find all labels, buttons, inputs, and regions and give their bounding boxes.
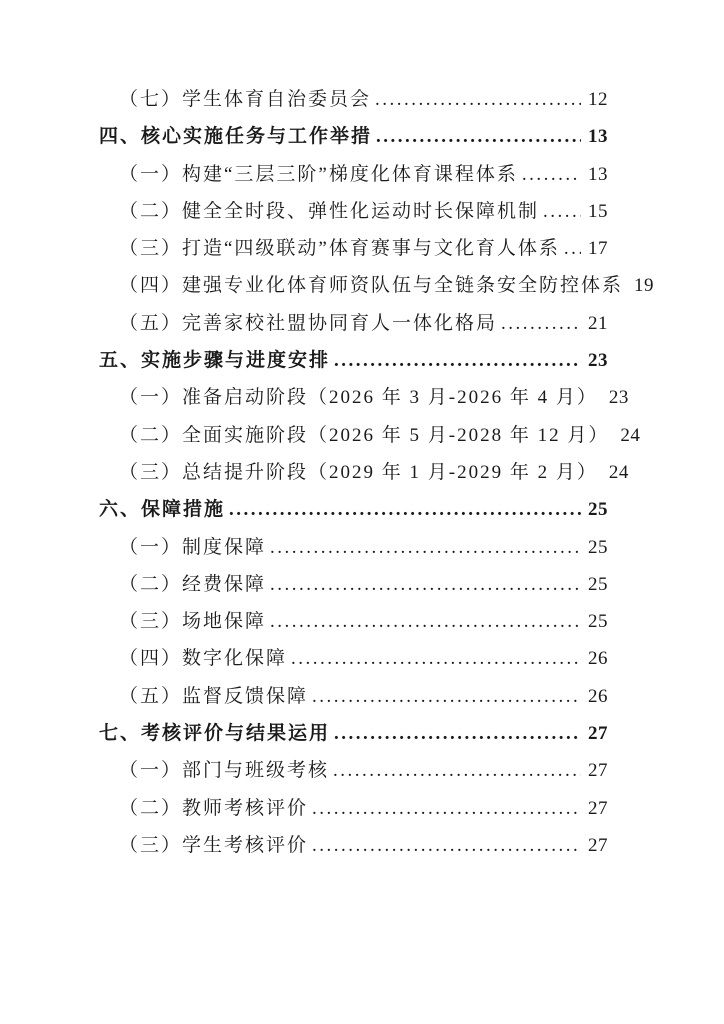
toc-entry-title: 五、实施步骤与进度安排 (99, 342, 330, 379)
toc-entry[interactable]: （四）建强专业化体育师资队伍与全链条安全防控体系 19 (99, 267, 608, 304)
toc-entry-page: 26 (586, 678, 608, 715)
toc-entry-page: 15 (586, 193, 608, 230)
toc-entry[interactable]: 六、保障措施 25 (99, 491, 608, 528)
toc-entry-title: （三）场地保障 (119, 603, 266, 640)
toc-entry-title: （三）学生考核评价 (119, 827, 308, 864)
toc-entry-page: 19 (632, 267, 654, 304)
toc-entry-title: （一）制度保障 (119, 529, 266, 566)
dot-leader (375, 81, 581, 118)
dot-leader (312, 790, 581, 827)
toc-entry-page: 21 (586, 305, 608, 342)
toc-entry-title: （二）全面实施阶段（2026 年 5 月-2028 年 12 月） (119, 417, 609, 454)
toc-entry-page: 23 (607, 379, 629, 416)
toc-entry-page: 13 (586, 156, 608, 193)
toc-entry[interactable]: （三）总结提升阶段（2029 年 1 月-2029 年 2 月） 24 (99, 454, 608, 491)
dot-leader (522, 156, 581, 193)
dot-leader (334, 342, 581, 379)
dot-leader (270, 603, 581, 640)
toc-entry[interactable]: （七）学生体育自治委员会 12 (99, 81, 608, 118)
toc-entry-page: 25 (586, 603, 608, 640)
toc-entry-page: 27 (586, 827, 608, 864)
dot-leader (334, 715, 581, 752)
toc-entry-title: 七、考核评价与结果运用 (99, 715, 330, 752)
dot-leader (501, 305, 581, 342)
toc-entry[interactable]: 四、核心实施任务与工作举措 13 (99, 118, 608, 155)
toc-entry[interactable]: （二）健全全时段、弹性化运动时长保障机制 15 (99, 193, 608, 230)
table-of-contents: （七）学生体育自治委员会 12 四、核心实施任务与工作举措 13 （一）构建“三… (99, 81, 608, 864)
toc-entry[interactable]: （五）监督反馈保障 26 (99, 678, 608, 715)
toc-entry-title: （二）教师考核评价 (119, 790, 308, 827)
dot-leader (270, 566, 581, 603)
toc-entry-page: 25 (586, 529, 608, 566)
dot-leader (291, 640, 581, 677)
toc-entry-title: （二）健全全时段、弹性化运动时长保障机制 (119, 193, 539, 230)
toc-entry-page: 26 (586, 640, 608, 677)
toc-entry-title: （一）准备启动阶段（2026 年 3 月-2026 年 4 月） (119, 379, 598, 416)
toc-entry[interactable]: 七、考核评价与结果运用 27 (99, 715, 608, 752)
toc-entry-page: 13 (586, 118, 608, 155)
toc-entry-page: 24 (618, 417, 640, 454)
toc-entry[interactable]: （二）经费保障 25 (99, 566, 608, 603)
dot-leader (333, 752, 581, 789)
document-page: （七）学生体育自治委员会 12 四、核心实施任务与工作举措 13 （一）构建“三… (0, 0, 724, 1024)
toc-entry-page: 27 (586, 715, 608, 752)
toc-entry[interactable]: （四）数字化保障 26 (99, 640, 608, 677)
toc-entry-page: 17 (586, 230, 608, 267)
dot-leader (564, 230, 581, 267)
toc-entry-title: （三）总结提升阶段（2029 年 1 月-2029 年 2 月） (119, 454, 598, 491)
toc-entry-page: 12 (586, 81, 608, 118)
toc-entry[interactable]: （一）准备启动阶段（2026 年 3 月-2026 年 4 月） 23 (99, 379, 608, 416)
toc-entry-title: （三）打造“四级联动”体育赛事与文化育人体系 (119, 230, 560, 267)
toc-entry-page: 24 (607, 454, 629, 491)
toc-entry[interactable]: （三）打造“四级联动”体育赛事与文化育人体系 17 (99, 230, 608, 267)
toc-entry-title: 六、保障措施 (99, 491, 225, 528)
dot-leader (270, 529, 581, 566)
toc-entry-title: （四）数字化保障 (119, 640, 287, 677)
toc-entry[interactable]: （一）构建“三层三阶”梯度化体育课程体系 13 (99, 156, 608, 193)
toc-entry[interactable]: （三）场地保障 25 (99, 603, 608, 640)
dot-leader (376, 118, 581, 155)
toc-entry-title: 四、核心实施任务与工作举措 (99, 118, 372, 155)
toc-entry-page: 25 (586, 491, 608, 528)
toc-entry[interactable]: （二）全面实施阶段（2026 年 5 月-2028 年 12 月） 24 (99, 417, 608, 454)
toc-entry-title: （五）完善家校社盟协同育人一体化格局 (119, 305, 497, 342)
dot-leader (312, 678, 581, 715)
dot-leader (229, 491, 581, 528)
toc-entry[interactable]: （一）制度保障 25 (99, 529, 608, 566)
toc-entry-title: （二）经费保障 (119, 566, 266, 603)
toc-entry-page: 27 (586, 752, 608, 789)
toc-entry-page: 27 (586, 790, 608, 827)
toc-entry[interactable]: 五、实施步骤与进度安排 23 (99, 342, 608, 379)
toc-entry-title: （四）建强专业化体育师资队伍与全链条安全防控体系 (119, 267, 623, 304)
toc-entry-title: （一）部门与班级考核 (119, 752, 329, 789)
dot-leader (543, 193, 581, 230)
toc-entry-page: 25 (586, 566, 608, 603)
toc-entry-title: （五）监督反馈保障 (119, 678, 308, 715)
dot-leader (312, 827, 581, 864)
toc-entry[interactable]: （二）教师考核评价 27 (99, 790, 608, 827)
toc-entry-title: （七）学生体育自治委员会 (119, 81, 371, 118)
toc-entry-page: 23 (586, 342, 608, 379)
toc-entry[interactable]: （五）完善家校社盟协同育人一体化格局 21 (99, 305, 608, 342)
toc-entry[interactable]: （三）学生考核评价 27 (99, 827, 608, 864)
toc-entry-title: （一）构建“三层三阶”梯度化体育课程体系 (119, 156, 518, 193)
toc-entry[interactable]: （一）部门与班级考核 27 (99, 752, 608, 789)
